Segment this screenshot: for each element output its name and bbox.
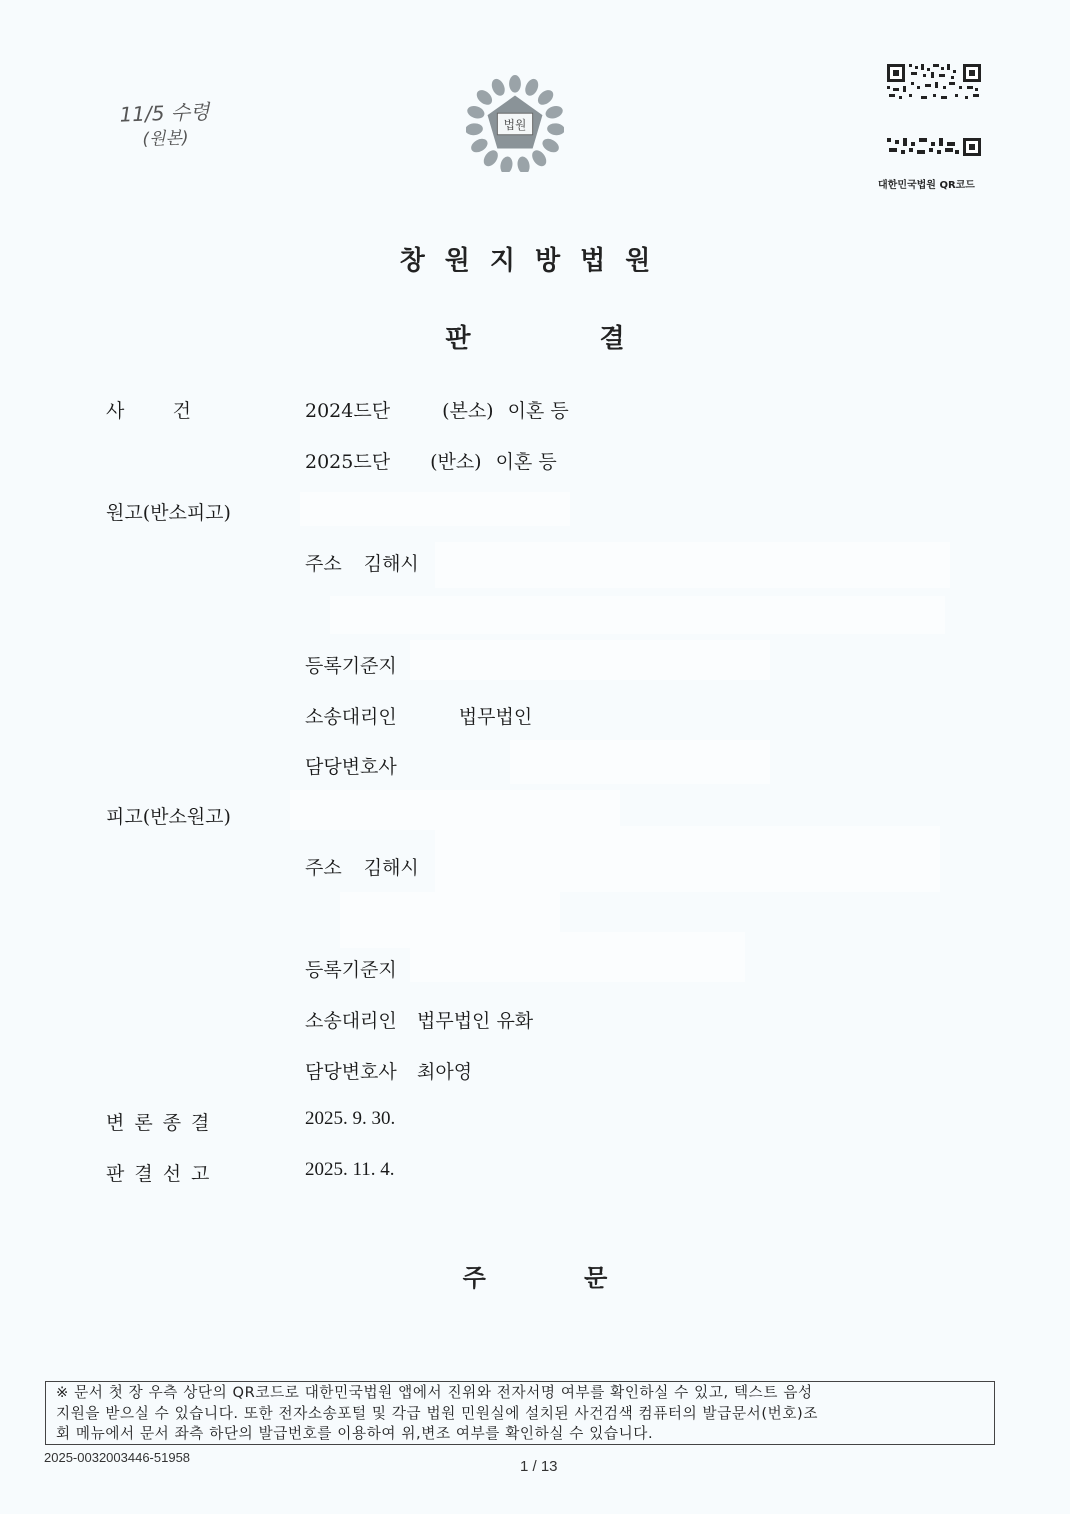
case-label: 사 건 — [106, 396, 191, 423]
address-value: 김해시 — [364, 553, 419, 575]
defendant-counsel-value: 법무법인 유화 — [417, 1006, 533, 1033]
notice-line-1: ※ 문서 첫 장 우측 상단의 QR코드로 대한민국법원 앱에서 진위와 전자서… — [56, 1383, 984, 1404]
redacted-area — [510, 740, 770, 784]
svg-text:법원: 법원 — [504, 118, 527, 132]
handwritten-line-2: (원본) — [120, 124, 211, 153]
notice-line-2: 지원을 받으실 수 있습니다. 또한 전자소송포털 및 각급 법원 민원실에 설… — [56, 1404, 984, 1425]
judgment-date-value: 2025. 11. 4. — [305, 1159, 395, 1181]
redacted-area — [435, 826, 940, 892]
court-emblem-icon: 법원 — [466, 74, 564, 172]
defendant-label: 피고(반소원고) — [106, 802, 231, 829]
notice-line-3: 회 메뉴에서 문서 좌측 하단의 발급번호를 이용하여 위,변조 여부를 확인하… — [56, 1424, 984, 1445]
defendant-attorney-value: 최아영 — [417, 1057, 472, 1084]
case-number: 2024드단 — [305, 400, 390, 422]
case-kind: (반소) — [430, 451, 482, 473]
judgment-date-label: 판결선고 — [106, 1159, 219, 1186]
attorney-label: 담당변호사 — [305, 756, 397, 778]
plaintiff-attorney: 담당변호사 — [305, 752, 397, 779]
case-title: 이혼 등 — [508, 400, 569, 422]
handwritten-receipt-note: 11/5 수령 (원본) — [119, 98, 211, 153]
redacted-area — [410, 640, 770, 680]
defendant-address: 주소김해시 — [305, 853, 419, 880]
address-value: 김해시 — [364, 857, 419, 879]
defendant-attorney-label: 담당변호사 — [305, 1057, 397, 1084]
qr-caption: 대한민국법원 QR코드 — [878, 176, 975, 191]
case-entry-2: 2025드단(반소)이혼 등 — [305, 447, 557, 474]
closing-date-label: 변론종결 — [106, 1108, 219, 1135]
defendant-counsel: 소송대리인 — [305, 1006, 397, 1033]
case-number: 2025드단 — [305, 451, 390, 473]
redacted-area — [290, 790, 620, 830]
redacted-area — [300, 492, 570, 526]
address-label: 주소 — [305, 553, 342, 575]
redacted-area — [410, 932, 745, 982]
case-entry-1: 2024드단(본소)이혼 등 — [305, 396, 569, 423]
qr-code[interactable] — [870, 58, 990, 162]
section-char-1: 주 — [463, 1258, 486, 1293]
page-number: 1 / 13 — [520, 1458, 558, 1475]
court-name-title: 창원지방법원 — [0, 240, 1070, 277]
counsel-value: 법무법인 — [459, 706, 532, 728]
address-label: 주소 — [305, 857, 342, 879]
plaintiff-label: 원고(반소피고) — [106, 498, 231, 525]
order-section-title: 주 문 — [0, 1258, 1070, 1293]
doc-type-char-1: 판 — [445, 318, 470, 355]
issue-number: 2025-0032003446-51958 — [44, 1450, 190, 1465]
counsel-label: 소송대리인 — [305, 706, 397, 728]
plaintiff-counsel: 소송대리인법무법인 — [305, 702, 532, 729]
plaintiff-registry: 등록기준지 — [305, 651, 397, 678]
verification-notice-box: ※ 문서 첫 장 우측 상단의 QR코드로 대한민국법원 앱에서 진위와 전자서… — [45, 1381, 995, 1445]
handwritten-line-1: 11/5 수령 — [119, 99, 210, 126]
section-char-2: 문 — [584, 1258, 607, 1293]
case-title: 이혼 등 — [496, 451, 557, 473]
closing-date-value: 2025. 9. 30. — [305, 1108, 395, 1130]
plaintiff-address: 주소김해시 — [305, 549, 419, 576]
defendant-registry: 등록기준지 — [305, 955, 397, 982]
case-kind: (본소) — [442, 400, 494, 422]
doc-type-char-2: 결 — [600, 318, 625, 355]
redacted-area — [330, 596, 945, 634]
document-type-title: 판 결 — [0, 318, 1070, 355]
redacted-area — [435, 542, 950, 588]
